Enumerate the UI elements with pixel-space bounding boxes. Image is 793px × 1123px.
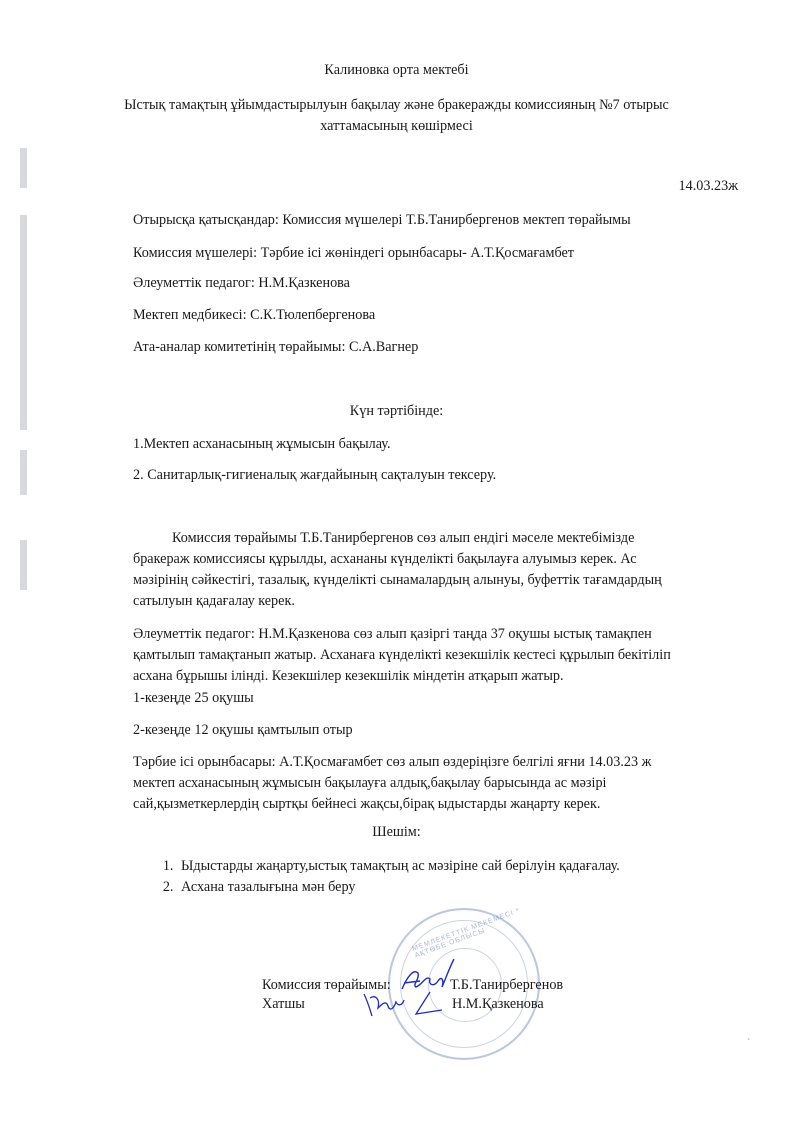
signature-name-chair: Т.Б.Танирбергенов <box>450 977 563 994</box>
school-name: Калиновка орта мектебі <box>0 62 793 79</box>
signature-name-secretary: Н.М.Қазкенова <box>452 996 544 1013</box>
attendee-line: Отырысқа қатысқандар: Комиссия мүшелері … <box>133 212 631 229</box>
social-pedagogue-paragraph: Әлеуметтік педагог: Н.М.Қазкенова сөз ал… <box>133 624 693 687</box>
chair-speech-paragraph: Комиссия төрайымы Т.Б.Танирбергенов сөз … <box>133 528 693 612</box>
document-title-line1: Ыстық тамақтың ұйымдастырылуын бақылау ж… <box>0 97 793 114</box>
scan-mark: ` <box>747 1038 750 1049</box>
attendee-line: Мектеп медбикесі: С.К.Тюлепбергенова <box>133 307 375 324</box>
decision-item: Асхана тазалығына мән беру <box>177 877 620 898</box>
scan-artifact <box>20 215 27 430</box>
scan-artifact <box>20 148 27 188</box>
attendee-line: Әлеуметтік педагог: Н.М.Қазкенова <box>133 275 350 292</box>
scan-artifact <box>20 540 27 590</box>
decision-item: Ыдыстарды жаңарту,ыстық тамақтың ас мәзі… <box>177 856 620 877</box>
decision-heading: Шешім: <box>0 824 793 841</box>
secretary-signature-icon <box>360 988 450 1022</box>
agenda-item: 2. Санитарлық-гигиеналық жағдайының сақт… <box>133 467 496 484</box>
document-title-line2: хаттамасының көшірмесі <box>0 118 793 135</box>
document-date: 14.03.23ж <box>679 178 738 195</box>
attendee-line: Комиссия мүшелері: Тәрбие ісі жөніндегі … <box>133 245 574 262</box>
stage-one-count: 1-кезеңде 25 оқушы <box>133 690 254 707</box>
scan-artifact <box>20 450 27 495</box>
deputy-speech-paragraph: Тәрбие ісі орынбасары: А.Т.Қосмағамбет с… <box>133 752 693 815</box>
agenda-item: 1.Мектеп асханасының жұмысын бақылау. <box>133 436 391 453</box>
decision-list: Ыдыстарды жаңарту,ыстық тамақтың ас мәзі… <box>140 856 620 898</box>
agenda-heading: Күн тәртібінде: <box>0 403 793 420</box>
stage-two-count: 2-кезеңде 12 оқушы қамтылып отыр <box>133 722 353 739</box>
attendee-line: Ата-аналар комитетінің төрайымы: С.А.Ваг… <box>133 339 418 356</box>
signature-role-secretary: Хатшы <box>262 996 305 1013</box>
